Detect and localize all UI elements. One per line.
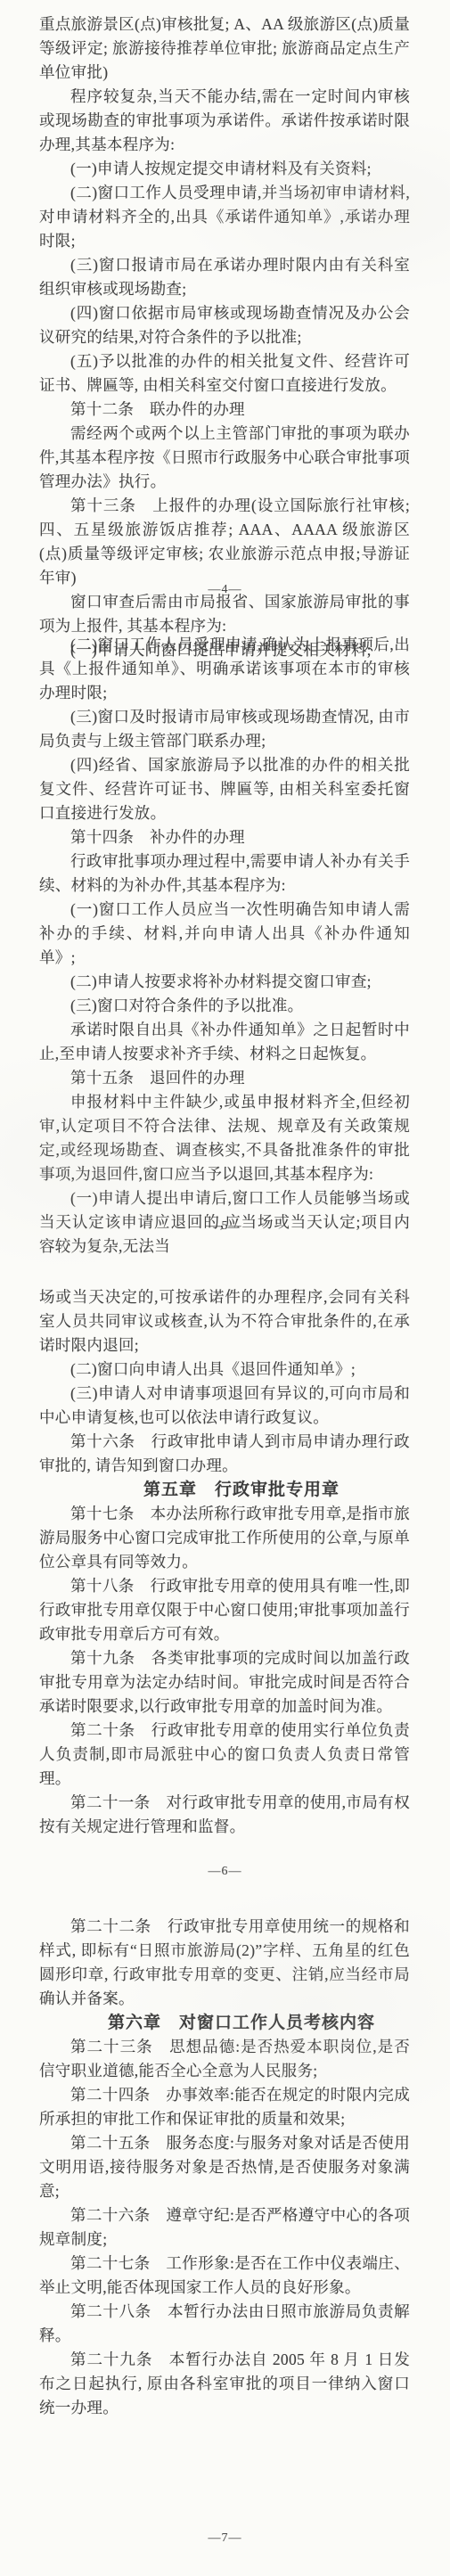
article-title: 第十五条 退回件的办理 xyxy=(39,1066,410,1090)
paragraph: 场或当天决定的,可按承诺件的办理程序,会同有关科室人员共同审议或核查,认为不符合… xyxy=(39,1285,410,1358)
paragraph: 第二十三条 思想品德:是否热爱本职岗位,是否信守职业道德,能否全心全意为人民服务… xyxy=(39,2035,410,2083)
paragraph: 第二十二条 行政审批专用章使用统一的规格和样式, 即标有“日照市旅游局(2)”字… xyxy=(39,1915,410,2011)
paragraph: (二)窗口工作人员受理申请,确认为上报事项后,出具《上报件通知单》、明确承诺该事… xyxy=(39,633,410,705)
paragraph: 第十六条 行政审批申请人到市局申请办理行政审批的, 请告知到窗口办理。 xyxy=(39,1430,410,1478)
paragraph: 第二十一条 对行政审批专用章的使用,市局有权按有关规定进行管理和监督。 xyxy=(39,1791,410,1839)
paragraph: (四)经省、国家旅游局予以批准的办件的相关批复文件、经营许可证书、牌匾等, 由相… xyxy=(39,753,410,825)
article-title: 第十二条 联办件的办理 xyxy=(39,398,410,422)
paragraph: 程序较复杂,当天不能办结,需在一定时间内审核或现场勘查的审批事项为承诺件。承诺件… xyxy=(39,85,410,157)
page-7-text-block: 第二十二条 行政审批专用章使用统一的规格和样式, 即标有“日照市旅游局(2)”字… xyxy=(39,1915,410,2420)
chapter-heading: 第六章 对窗口工作人员考核内容 xyxy=(39,2011,410,2035)
scanned-document: 重点旅游景区(点)审核批复; A、AA 级旅游区(点)质量等级评定; 旅游接待推… xyxy=(0,0,450,2576)
paragraph: 承诺时限自出具《补办件通知单》之日起暂时中止,至申请人按要求补齐手续、材料之日起… xyxy=(39,1018,410,1066)
paragraph: 申报材料中主件缺少,或虽申报材料齐全,但经初审,认定项目不符合法律、法规、规章及… xyxy=(39,1090,410,1186)
paragraph: (二)窗口工作人员受理申请,并当场初审申请材料,对申请材料齐全的,出具《承诺件通… xyxy=(39,181,410,253)
paragraph: 第十八条 行政审批专用章的使用具有唯一性,即行政审批专用章仅限于中心窗口使用;审… xyxy=(39,1574,410,1646)
paragraph: (三)申请人对申请事项退回有异议的,可向市局和中心申请复核,也可以依法申请行政复… xyxy=(39,1382,410,1430)
page-number: —4— xyxy=(0,583,450,597)
paragraph: 第二十四条 办事效率:能否在规定的时限内完成所承担的审批工作和保证审批的质量和效… xyxy=(39,2083,410,2131)
page-number: —5— xyxy=(0,1219,450,1234)
paragraph: 需经两个或两个以上主管部门审批的事项为联办件,其基本程序按《日照市行政服务中心联… xyxy=(39,422,410,494)
paragraph: 第二十七条 工作形象:是否在工作中仪表端庄、举止文明,能否体现国家工作人员的良好… xyxy=(39,2252,410,2300)
page-number: —6— xyxy=(0,1865,450,1879)
paragraph: (一)窗口工作人员应当一次性明确告知申请人需补办的手续、材料,并向申请人出具《补… xyxy=(39,898,410,970)
paragraph: (二)申请人按要求将补办材料提交窗口审查; xyxy=(39,970,410,994)
paragraph: (三)窗口报请市局在承诺办理时限内由有关科室组织审核或现场勘查; xyxy=(39,253,410,301)
article-title: 第十四条 补办件的办理 xyxy=(39,825,410,849)
paragraph: 第十九条 各类审批事项的完成时间以加盖行政审批专用章为法定办结时间。审批完成时间… xyxy=(39,1646,410,1719)
page-4-text-block: 重点旅游景区(点)审核批复; A、AA 级旅游区(点)质量等级评定; 旅游接待推… xyxy=(39,12,410,662)
paragraph: 第二十五条 服务态度:与服务对象对话是否使用文明用语,接待服务对象是否热情,是否… xyxy=(39,2131,410,2203)
paragraph: (三)窗口对符合条件的予以批准。 xyxy=(39,994,410,1018)
paragraph: (二)窗口向申请人出具《退回件通知单》; xyxy=(39,1358,410,1382)
page-number: —7— xyxy=(0,2531,450,2546)
paragraph: 第二十八条 本暂行办法由日照市旅游局负责解释。 xyxy=(39,2300,410,2348)
paragraph: (四)窗口依据市局审核或现场勘查情况及办公会议研究的结果,对符合条件的予以批准; xyxy=(39,301,410,349)
paragraph: 重点旅游景区(点)审核批复; A、AA 级旅游区(点)质量等级评定; 旅游接待推… xyxy=(39,12,410,85)
article-title: 第十三条 上报件的办理(设立国际旅行社审核; 四、五星级旅游饭店推荐; AAA、… xyxy=(39,494,410,590)
paragraph: 第二十条 行政审批专用章的使用实行单位负责人负责制,即市局派驻中心的窗口负责人负… xyxy=(39,1719,410,1791)
paragraph: 第二十九条 本暂行办法自 2005 年 8 月 1 日发布之日起执行, 原由各科… xyxy=(39,2348,410,2420)
paragraph: 行政审批事项办理过程中,需要申请人补办有关手续、材料的为补办件,其基本程序为: xyxy=(39,849,410,898)
chapter-heading: 第五章 行政审批专用章 xyxy=(39,1478,410,1502)
paragraph: (一)申请人按规定提交申请材料及有关资料; xyxy=(39,157,410,181)
page-5-text-block: (二)窗口工作人员受理申请,确认为上报事项后,出具《上报件通知单》、明确承诺该事… xyxy=(39,633,410,1259)
paragraph: 窗口审查后需由市局报省、国家旅游局审批的事项为上报件, 其基本程序为: xyxy=(39,590,410,638)
paragraph: (三)窗口及时报请市局审核或现场勘查情况, 由市局负责与上级主管部门联系办理; xyxy=(39,705,410,753)
paragraph: 第二十六条 遵章守纪:是否严格遵守中心的各项规章制度; xyxy=(39,2203,410,2252)
paragraph: (五)予以批准的办件的相关批复文件、经营许可证书、牌匾等, 由相关科室交付窗口直… xyxy=(39,349,410,398)
paragraph: 第十七条 本办法所称行政审批专用章,是指市旅游局服务中心窗口完成审批工作所使用的… xyxy=(39,1502,410,1574)
page-6-text-block: 场或当天决定的,可按承诺件的办理程序,会同有关科室人员共同审议或核查,认为不符合… xyxy=(39,1285,410,1839)
